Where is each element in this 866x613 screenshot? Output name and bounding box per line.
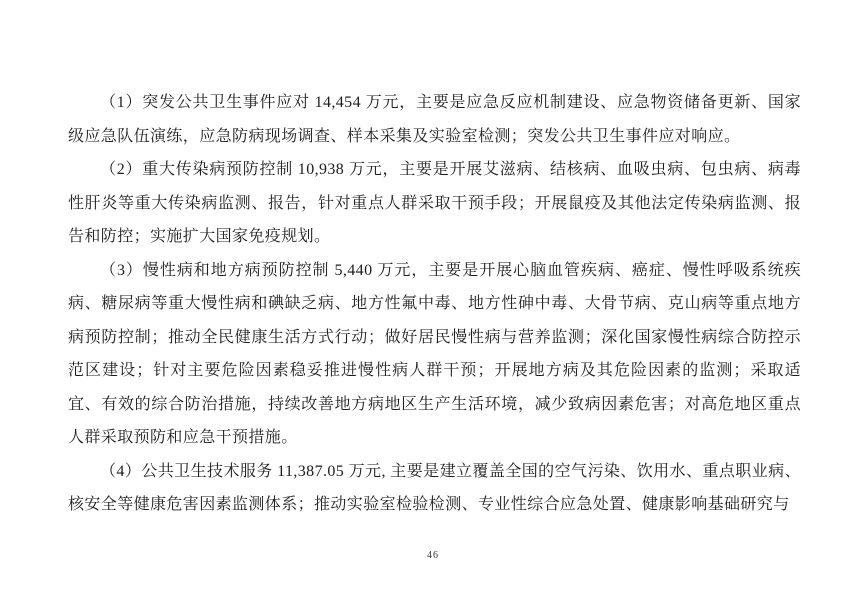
paragraph-emergency-response: （1）突发公共卫生事件应对 14,454 万元，主要是应急反应机制建设、应急物资… — [68, 86, 801, 153]
document-body: （1）突发公共卫生事件应对 14,454 万元，主要是应急反应机制建设、应急物资… — [68, 86, 801, 522]
paragraph-infectious-disease-control: （2）重大传染病预防控制 10,938 万元，主要是开展艾滋病、结核病、血吸虫病… — [68, 153, 801, 254]
paragraph-public-health-technical-service: （4）公共卫生技术服务 11,387.05 万元, 主要是建立覆盖全国的空气污染… — [68, 455, 801, 522]
document-page: （1）突发公共卫生事件应对 14,454 万元，主要是应急反应机制建设、应急物资… — [0, 0, 866, 613]
page-number: 46 — [0, 550, 866, 561]
paragraph-chronic-endemic-disease-control: （3）慢性病和地方病预防控制 5,440 万元，主要是开展心脑血管疾病、癌症、慢… — [68, 254, 801, 455]
